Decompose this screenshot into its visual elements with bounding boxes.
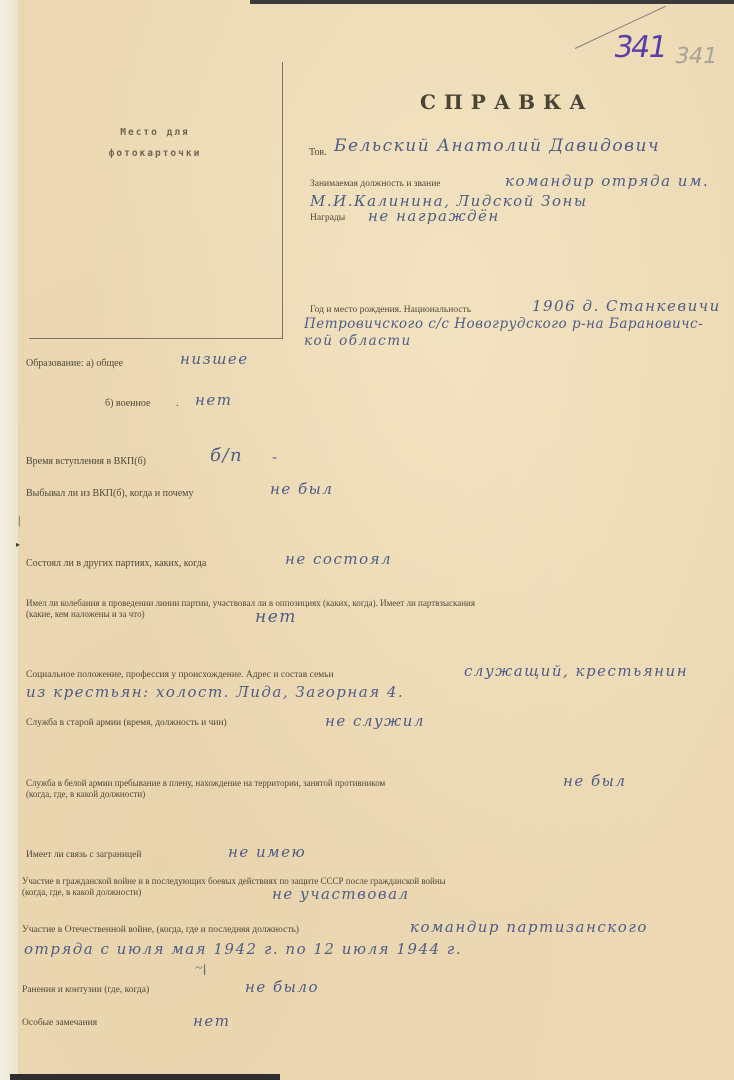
wounds-value: не было	[245, 978, 319, 996]
deviations-label-line1: Имел ли колебания в проведении линии пар…	[26, 598, 475, 608]
patriotic-war-label: Участие в Отечественной войне, (когда, г…	[22, 925, 299, 935]
civil-war-value: не участвовал	[272, 885, 410, 903]
social-label: Социальное положение, профессия у происх…	[26, 670, 334, 680]
party-join-dash: -	[272, 448, 279, 466]
photo-placeholder-label-2: фотокарточки	[80, 148, 230, 159]
party-join-label: Время вступления в ВКП(б)	[26, 456, 146, 467]
civil-war-label-line2: (когда, где, в какой должности)	[22, 887, 141, 897]
document-title: СПРАВКА	[420, 90, 594, 114]
foreign-ties-label: Имеет ли связь с заграницей	[26, 850, 141, 860]
foreign-ties-value: не имею	[228, 843, 306, 861]
position-value-line1: командир отряда им.	[505, 172, 709, 190]
party-join-value: б/п	[210, 445, 243, 466]
white-army-value: не был	[563, 772, 626, 790]
deviations-value: нет	[255, 607, 297, 627]
education-military-value: нет	[195, 391, 232, 409]
archive-page-number-old: 341	[672, 44, 719, 69]
awards-label: Награды	[310, 213, 345, 223]
white-army-label-line1: Служба в белой армии пребывание в плену,…	[26, 778, 385, 788]
education-general-value: низшее	[180, 350, 249, 368]
education-military-label: б) военное	[105, 398, 150, 409]
deviations-label-line2: (какие, кем наложены и за что)	[26, 609, 145, 619]
photo-box-border-bottom	[29, 338, 283, 339]
birth-value-line2: Петровичского с/с Новогрудского р-на Бар…	[304, 316, 703, 332]
photo-box-border-right	[282, 62, 283, 338]
social-value-line1: служащий, крестьянин	[464, 662, 688, 680]
birth-label: Год и место рождения. Национальность	[310, 305, 471, 315]
ink-stroke: ~ꞁ	[195, 960, 206, 977]
photo-placeholder-label-1: Место для	[80, 127, 230, 138]
ink-dot: .	[176, 398, 179, 409]
old-army-value: не служил	[325, 712, 425, 730]
birth-value-line1: 1906 д. Станкевичи	[532, 297, 721, 315]
patriotic-war-value-line1: командир партизанского	[410, 918, 648, 936]
remarks-value: нет	[193, 1012, 230, 1030]
wounds-label: Ранения и контузии (где, когда)	[22, 985, 149, 995]
awards-value: не награждён	[368, 207, 500, 225]
scan-top-edge	[250, 0, 734, 4]
party-exit-value: не был	[270, 480, 333, 498]
white-army-label-line2: (когда, где, в какой должности)	[26, 789, 145, 799]
scan-bottom-edge	[10, 1074, 280, 1080]
comrade-label: Тов.	[309, 147, 327, 158]
patriotic-war-value-line2: отряда с июля мая 1942 г. по 12 июля 194…	[24, 940, 462, 958]
social-value-line2: из крестьян: холост. Лида, Загорная 4.	[26, 683, 404, 701]
education-general-label: Образование: а) общее	[26, 358, 123, 369]
margin-arrow: ▸	[16, 540, 20, 549]
party-exit-label: Выбывал ли из ВКП(б), когда и почему	[26, 488, 193, 499]
archive-page-number: 341	[611, 30, 668, 65]
birth-value-line3: кой области	[304, 333, 412, 349]
old-army-label: Служба в старой армии (время, должность …	[26, 718, 227, 728]
other-parties-value: не состоял	[285, 550, 392, 568]
margin-mark: |	[18, 513, 20, 528]
remarks-label: Особые замечания	[22, 1018, 97, 1028]
position-label: Занимаемая должность и звание	[310, 179, 441, 189]
comrade-name-value: Бельский Анатолий Давидович	[334, 136, 660, 156]
other-parties-label: Состоял ли в других партиях, каких, когд…	[26, 558, 206, 569]
